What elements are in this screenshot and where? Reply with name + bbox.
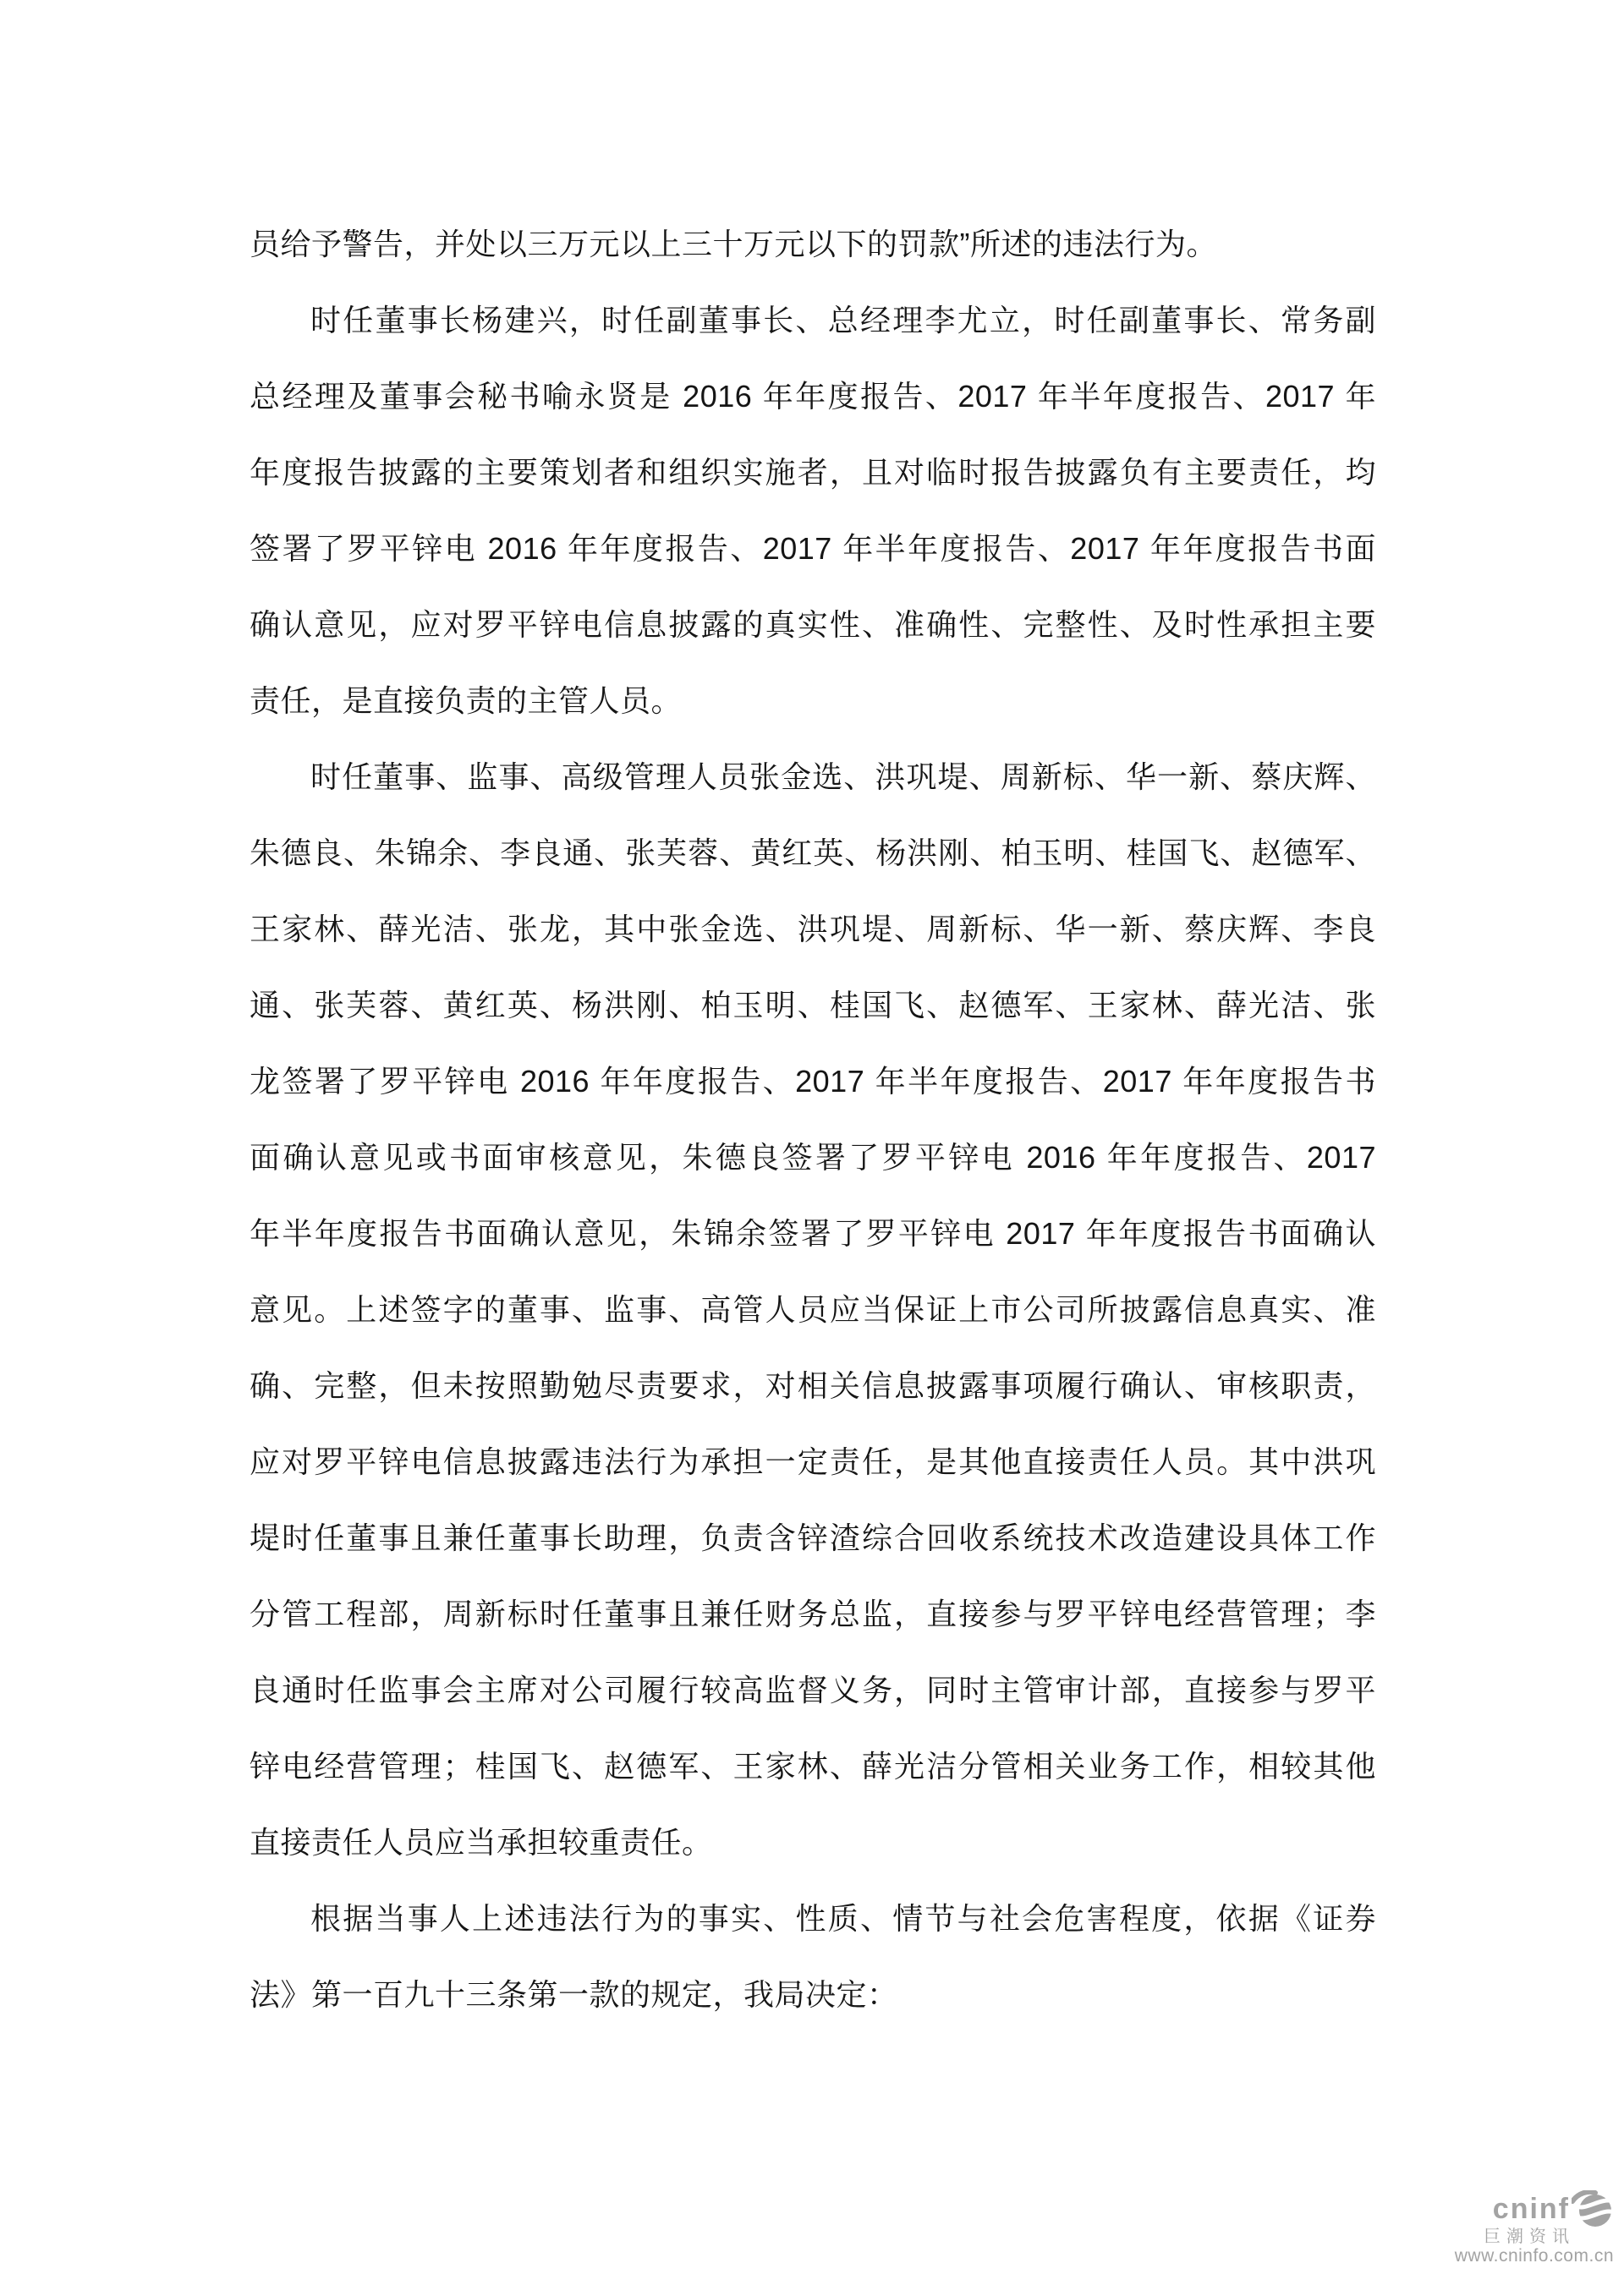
document-line: 员给予警告，并处以三万元以上三十万元以下的罚款”所述的违法行为。: [250, 206, 1376, 282]
document-line: 龙签署了罗平锌电 2016 年年度报告、2017 年半年度报告、2017 年年度…: [250, 1044, 1376, 1120]
cninfo-chinese-name: 巨潮资讯: [1455, 2228, 1575, 2246]
cninfo-watermark: cninf 巨潮资讯 www.cninfo.com.cn: [1455, 2191, 1614, 2266]
document-line: 根据当事人上述违法行为的事实、性质、情节与社会危害程度，依据《证券: [250, 1881, 1376, 1957]
document-line: 良通时任监事会主席对公司履行较高监督义务，同时主管审计部，直接参与罗平: [250, 1652, 1376, 1729]
document-line: 年半年度报告书面确认意见，朱锦余签署了罗平锌电 2017 年年度报告书面确认: [250, 1196, 1376, 1272]
document-line: 确、完整，但未按照勤勉尽责要求，对相关信息披露事项履行确认、审核职责，: [250, 1348, 1376, 1424]
document-line: 王家林、薛光洁、张龙，其中张金选、洪巩堤、周新标、华一新、蔡庆辉、李良: [250, 891, 1376, 967]
cninfo-brand-row: cninf: [1455, 2191, 1614, 2227]
document-line: 意见。上述签字的董事、监事、高管人员应当保证上市公司所披露信息真实、准: [250, 1272, 1376, 1348]
document-line: 堤时任董事且兼任董事长助理，负责含锌渣综合回收系统技术改造建设具体工作: [250, 1500, 1376, 1576]
document-line: 锌电经营管理；桂国飞、赵德军、王家林、薛光洁分管相关业务工作，相较其他: [250, 1729, 1376, 1805]
document-line: 确认意见，应对罗平锌电信息披露的真实性、准确性、完整性、及时性承担主要: [250, 587, 1376, 663]
document-line: 时任董事长杨建兴，时任副董事长、总经理李尤立，时任副董事长、常务副: [250, 282, 1376, 359]
document-line: 责任，是直接负责的主管人员。: [250, 663, 1376, 739]
document-line: 时任董事、监事、高级管理人员张金选、洪巩堤、周新标、华一新、蔡庆辉、: [250, 739, 1376, 815]
document-line: 直接责任人员应当承担较重责任。: [250, 1805, 1376, 1881]
document-line: 朱德良、朱锦余、李良通、张芙蓉、黄红英、杨洪刚、柏玉明、桂国飞、赵德军、: [250, 815, 1376, 891]
document-line: 年度报告披露的主要策划者和组织实施者，且对临时报告披露负有主要责任，均: [250, 435, 1376, 511]
document-line: 通、张芙蓉、黄红英、杨洪刚、柏玉明、桂国飞、赵德军、王家林、薛光洁、张: [250, 967, 1376, 1044]
cninfo-globe-icon: [1572, 2190, 1614, 2228]
document-line: 签署了罗平锌电 2016 年年度报告、2017 年半年度报告、2017 年年度报…: [250, 511, 1376, 587]
paragraph: 员给予警告，并处以三万元以上三十万元以下的罚款”所述的违法行为。: [250, 206, 1376, 282]
paragraph: 根据当事人上述违法行为的事实、性质、情节与社会危害程度，依据《证券法》第一百九十…: [250, 1881, 1376, 2033]
cninfo-url: www.cninfo.com.cn: [1455, 2247, 1614, 2266]
document-line: 总经理及董事会秘书喻永贤是 2016 年年度报告、2017 年半年度报告、201…: [250, 359, 1376, 435]
document-line: 法》第一百九十三条第一款的规定，我局决定：: [250, 1957, 1376, 2033]
document-line: 分管工程部，周新标时任董事且兼任财务总监，直接参与罗平锌电经营管理；李: [250, 1576, 1376, 1652]
paragraph: 时任董事长杨建兴，时任副董事长、总经理李尤立，时任副董事长、常务副总经理及董事会…: [250, 282, 1376, 739]
cninfo-brand-text: cninf: [1493, 2191, 1570, 2227]
document-body: 员给予警告，并处以三万元以上三十万元以下的罚款”所述的违法行为。时任董事长杨建兴…: [250, 206, 1376, 2033]
document-line: 面确认意见或书面审核意见，朱德良签署了罗平锌电 2016 年年度报告、2017: [250, 1120, 1376, 1196]
paragraph: 时任董事、监事、高级管理人员张金选、洪巩堤、周新标、华一新、蔡庆辉、朱德良、朱锦…: [250, 739, 1376, 1881]
document-line: 应对罗平锌电信息披露违法行为承担一定责任，是其他直接责任人员。其中洪巩: [250, 1424, 1376, 1500]
